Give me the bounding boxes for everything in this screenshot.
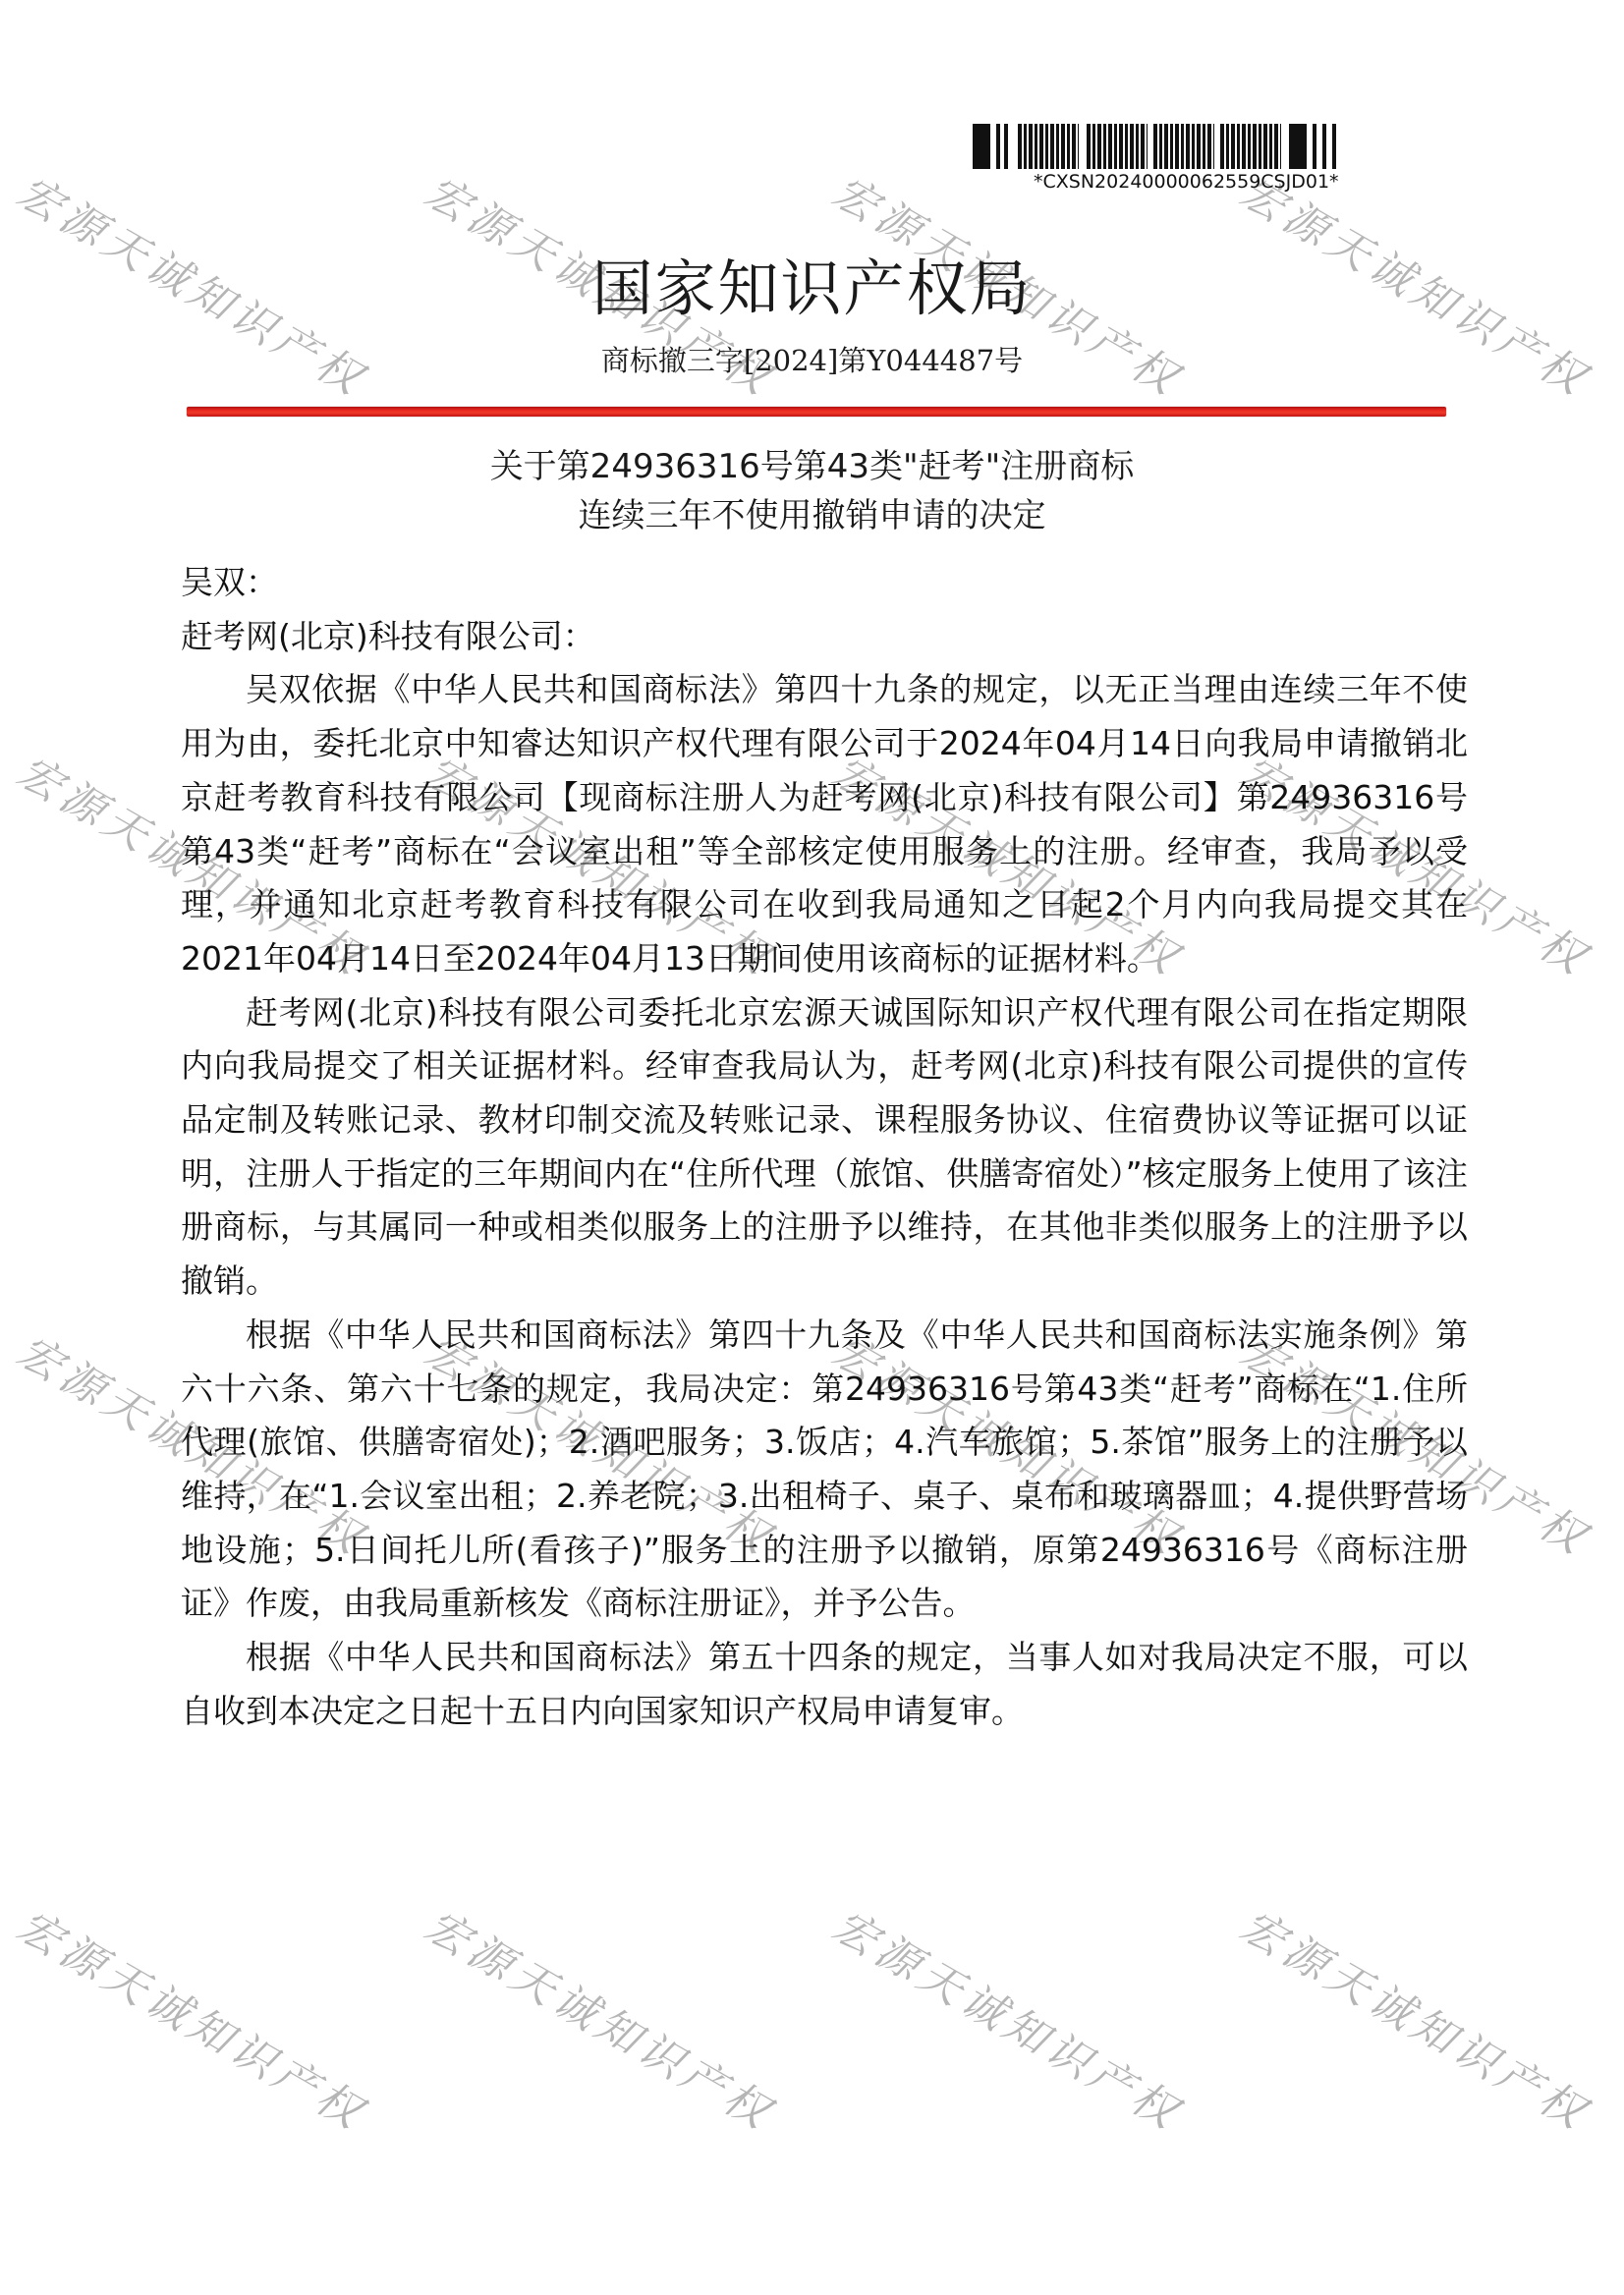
red-divider [187,407,1446,417]
watermark: 宏源天诚知识产权 [8,1891,379,2142]
decision-title-line-2: 连续三年不使用撤销申请的决定 [0,491,1624,540]
paragraph-appeal-notice: 根据《中华人民共和国商标法》第五十四条的规定，当事人如对我局决定不服，可以自收到… [181,1631,1468,1738]
watermark: 宏源天诚知识产权 [416,1891,787,2142]
barcode: *CXSN20240000062559CSJD01* [973,124,1385,193]
decision-title-line-1: 关于第24936316号第43类"赶考"注册商标 [0,442,1624,491]
paragraph-decision: 根据《中华人民共和国商标法》第四十九条及《中华人民共和国商标法实施条例》第六十六… [181,1309,1468,1631]
paragraph-examination: 赶考网(北京)科技有限公司委托北京宏源天诚国际知识产权代理有限公司在指定期限内向… [181,986,1468,1309]
agency-title: 国家知识产权局 [0,240,1624,327]
decision-title: 关于第24936316号第43类"赶考"注册商标 连续三年不使用撤销申请的决定 [0,442,1624,540]
addressee-applicant: 吴双： [181,556,1468,610]
document-number: 商标撤三字[2024]第Y044487号 [0,339,1624,379]
document-body: 吴双： 赶考网(北京)科技有限公司： 吴双依据《中华人民共和国商标法》第四十九条… [181,556,1468,1738]
barcode-number: *CXSN20240000062559CSJD01* [973,171,1385,193]
document-page: 宏源天诚知识产权 宏源天诚知识产权 宏源天诚知识产权 宏源天诚知识产权 宏源天诚… [0,0,1624,2295]
watermark: 宏源天诚知识产权 [1231,1891,1602,2142]
addressee-registrant: 赶考网(北京)科技有限公司： [181,610,1468,664]
barcode-graphic [973,124,1385,169]
watermark: 宏源天诚知识产权 [823,1891,1195,2142]
paragraph-application: 吴双依据《中华人民共和国商标法》第四十九条的规定，以无正当理由连续三年不使用为由… [181,663,1468,985]
